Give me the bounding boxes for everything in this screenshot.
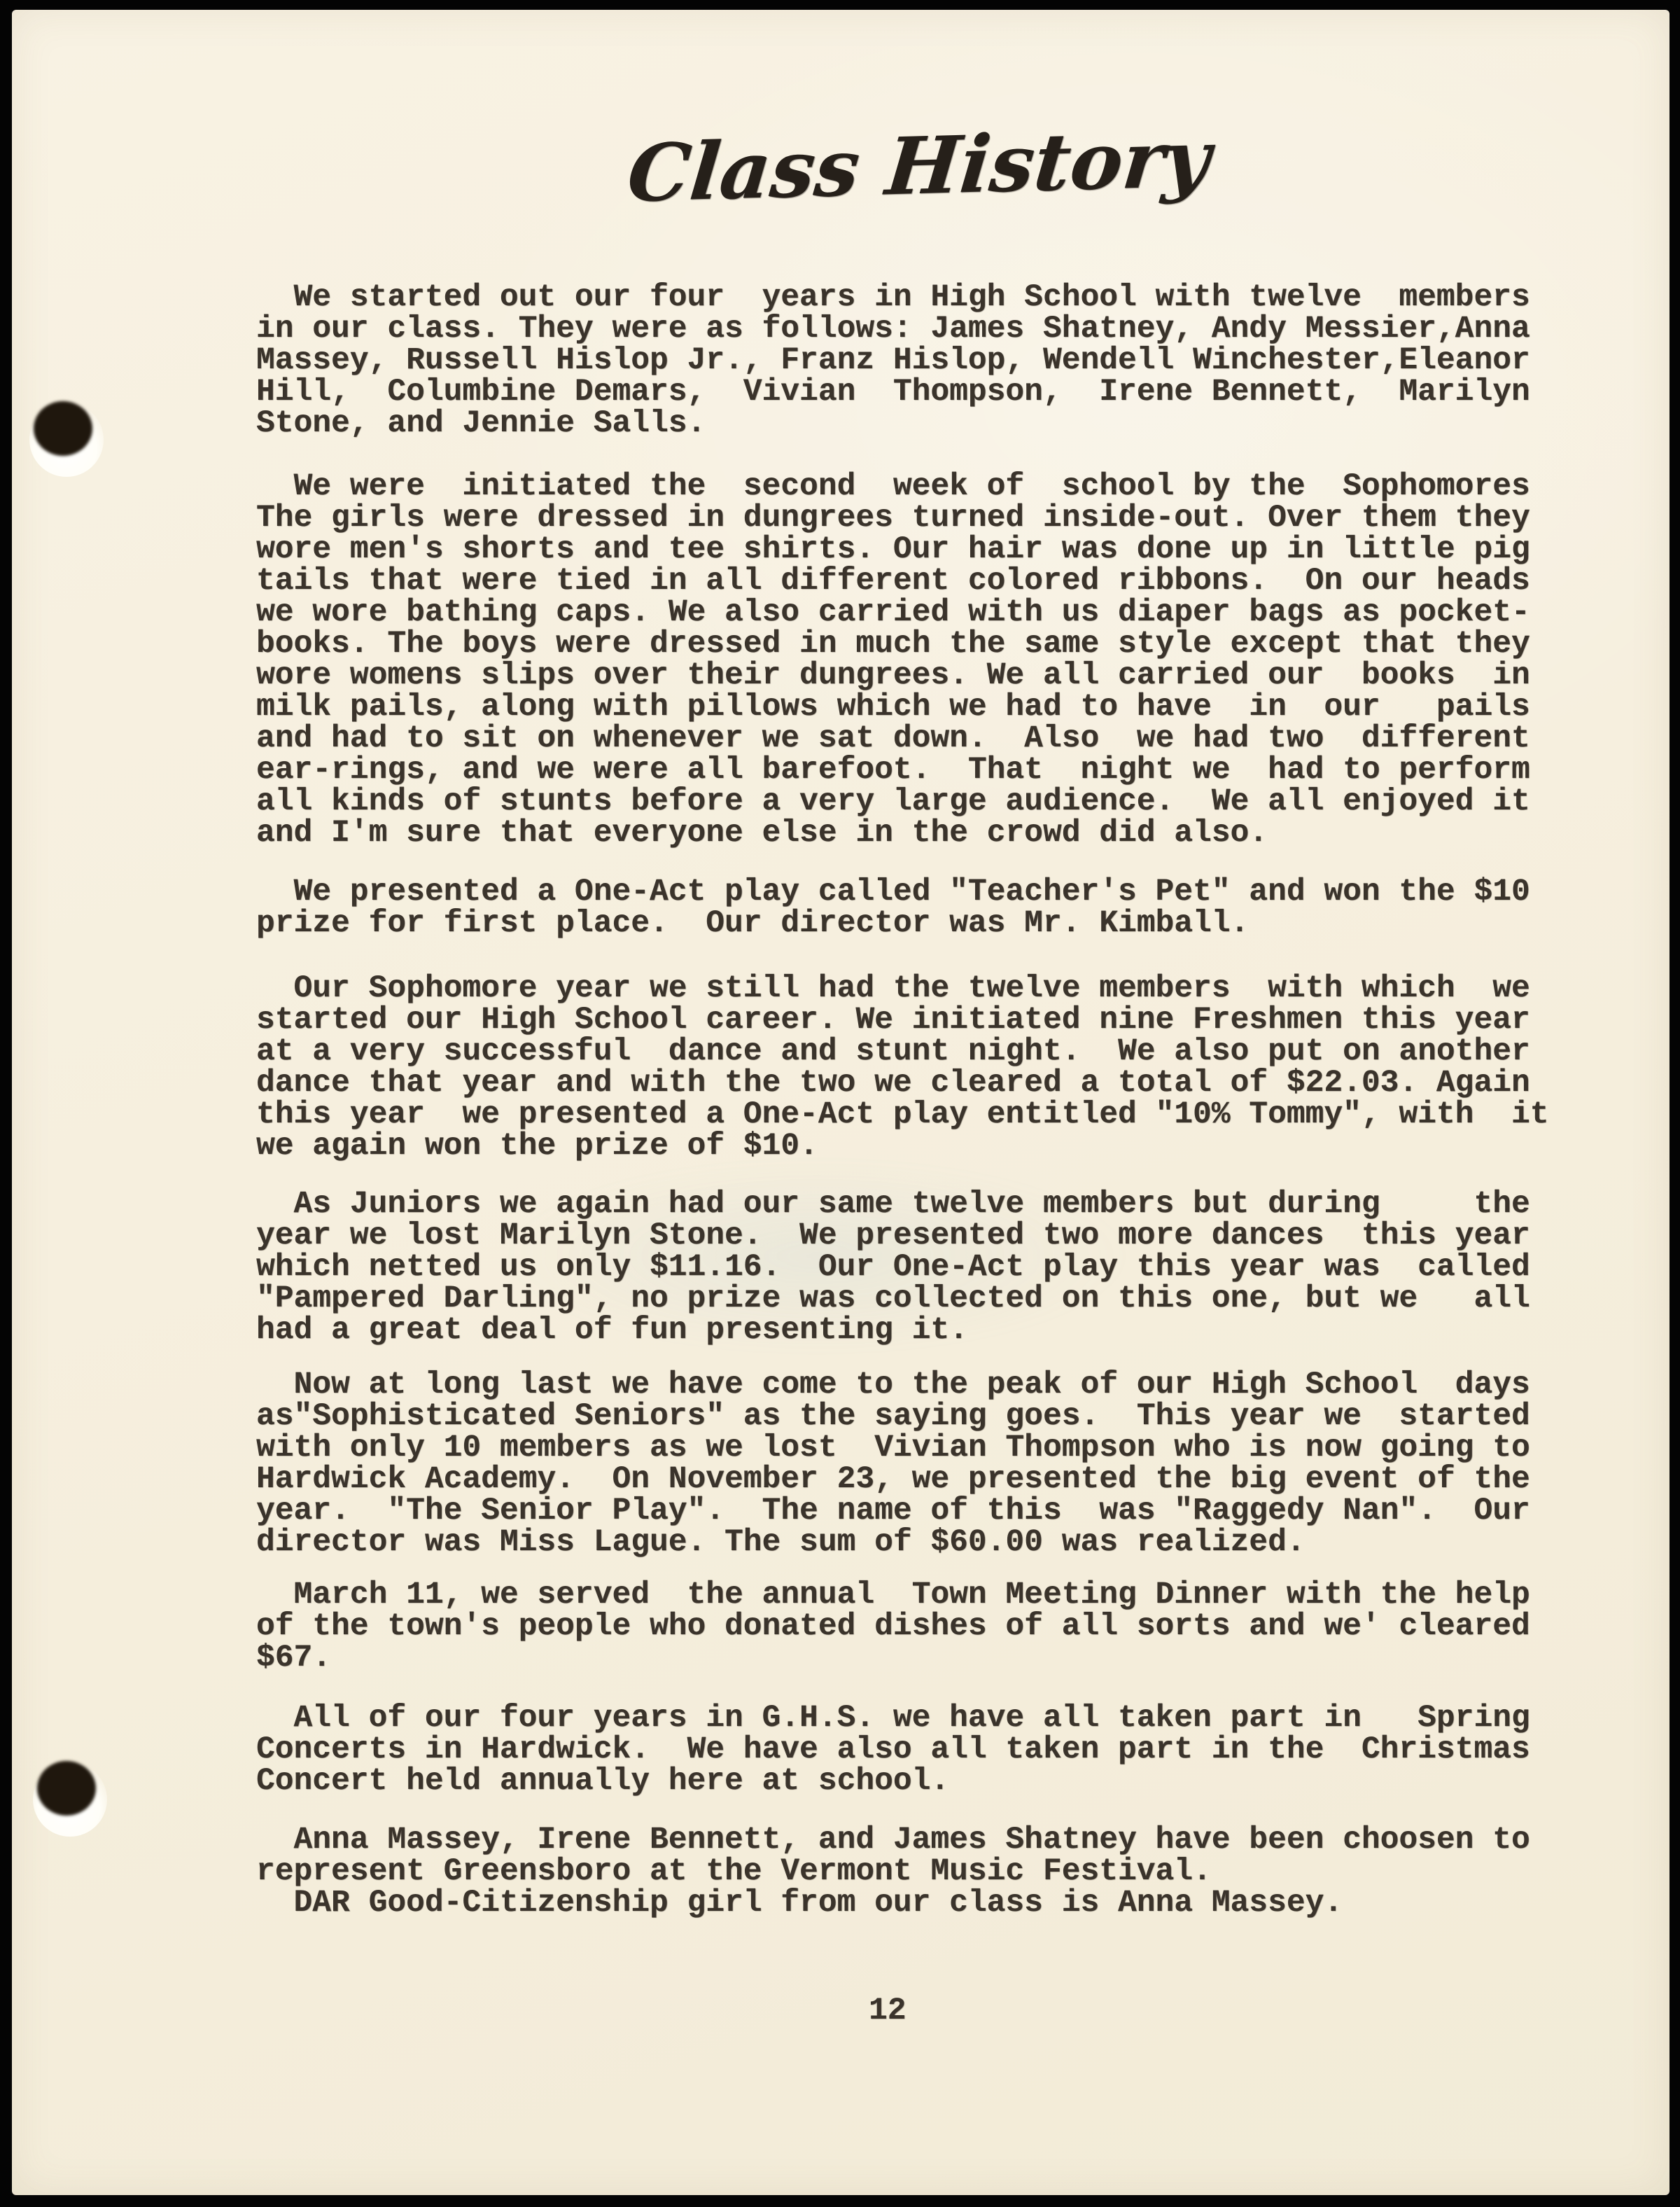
paragraph-concerts: All of our four years in G.H.S. we have …: [256, 1703, 1530, 1797]
hole-punch-bottom: [33, 1762, 107, 1837]
page-number: 12: [869, 1996, 906, 2027]
hole-punch-shadow: [34, 401, 92, 456]
hole-punch-shadow: [37, 1761, 96, 1816]
paragraph-junior-year: As Juniors we again had our same twelve …: [256, 1189, 1530, 1346]
paper-page: Class History We started out our four ye…: [12, 10, 1669, 2195]
paragraph-teachers-pet: We presented a One-Act play called "Teac…: [256, 877, 1530, 940]
paragraph-freshman-members: We started out our four years in High Sc…: [256, 282, 1530, 440]
scanned-page: Class History We started out our four ye…: [0, 0, 1680, 2207]
paragraph-senior-year: Now at long last we have come to the pea…: [256, 1370, 1530, 1559]
paragraph-town-meeting: March 11, we served the annual Town Meet…: [256, 1580, 1530, 1674]
paragraph-music-festival-dar: Anna Massey, Irene Bennett, and James Sh…: [256, 1825, 1530, 1919]
paragraph-sophomore-year: Our Sophomore year we still had the twel…: [256, 973, 1548, 1162]
page-title: Class History: [624, 120, 1214, 214]
hole-punch-top: [29, 403, 104, 477]
paragraph-initiation: We were initiated the second week of sch…: [256, 471, 1530, 849]
